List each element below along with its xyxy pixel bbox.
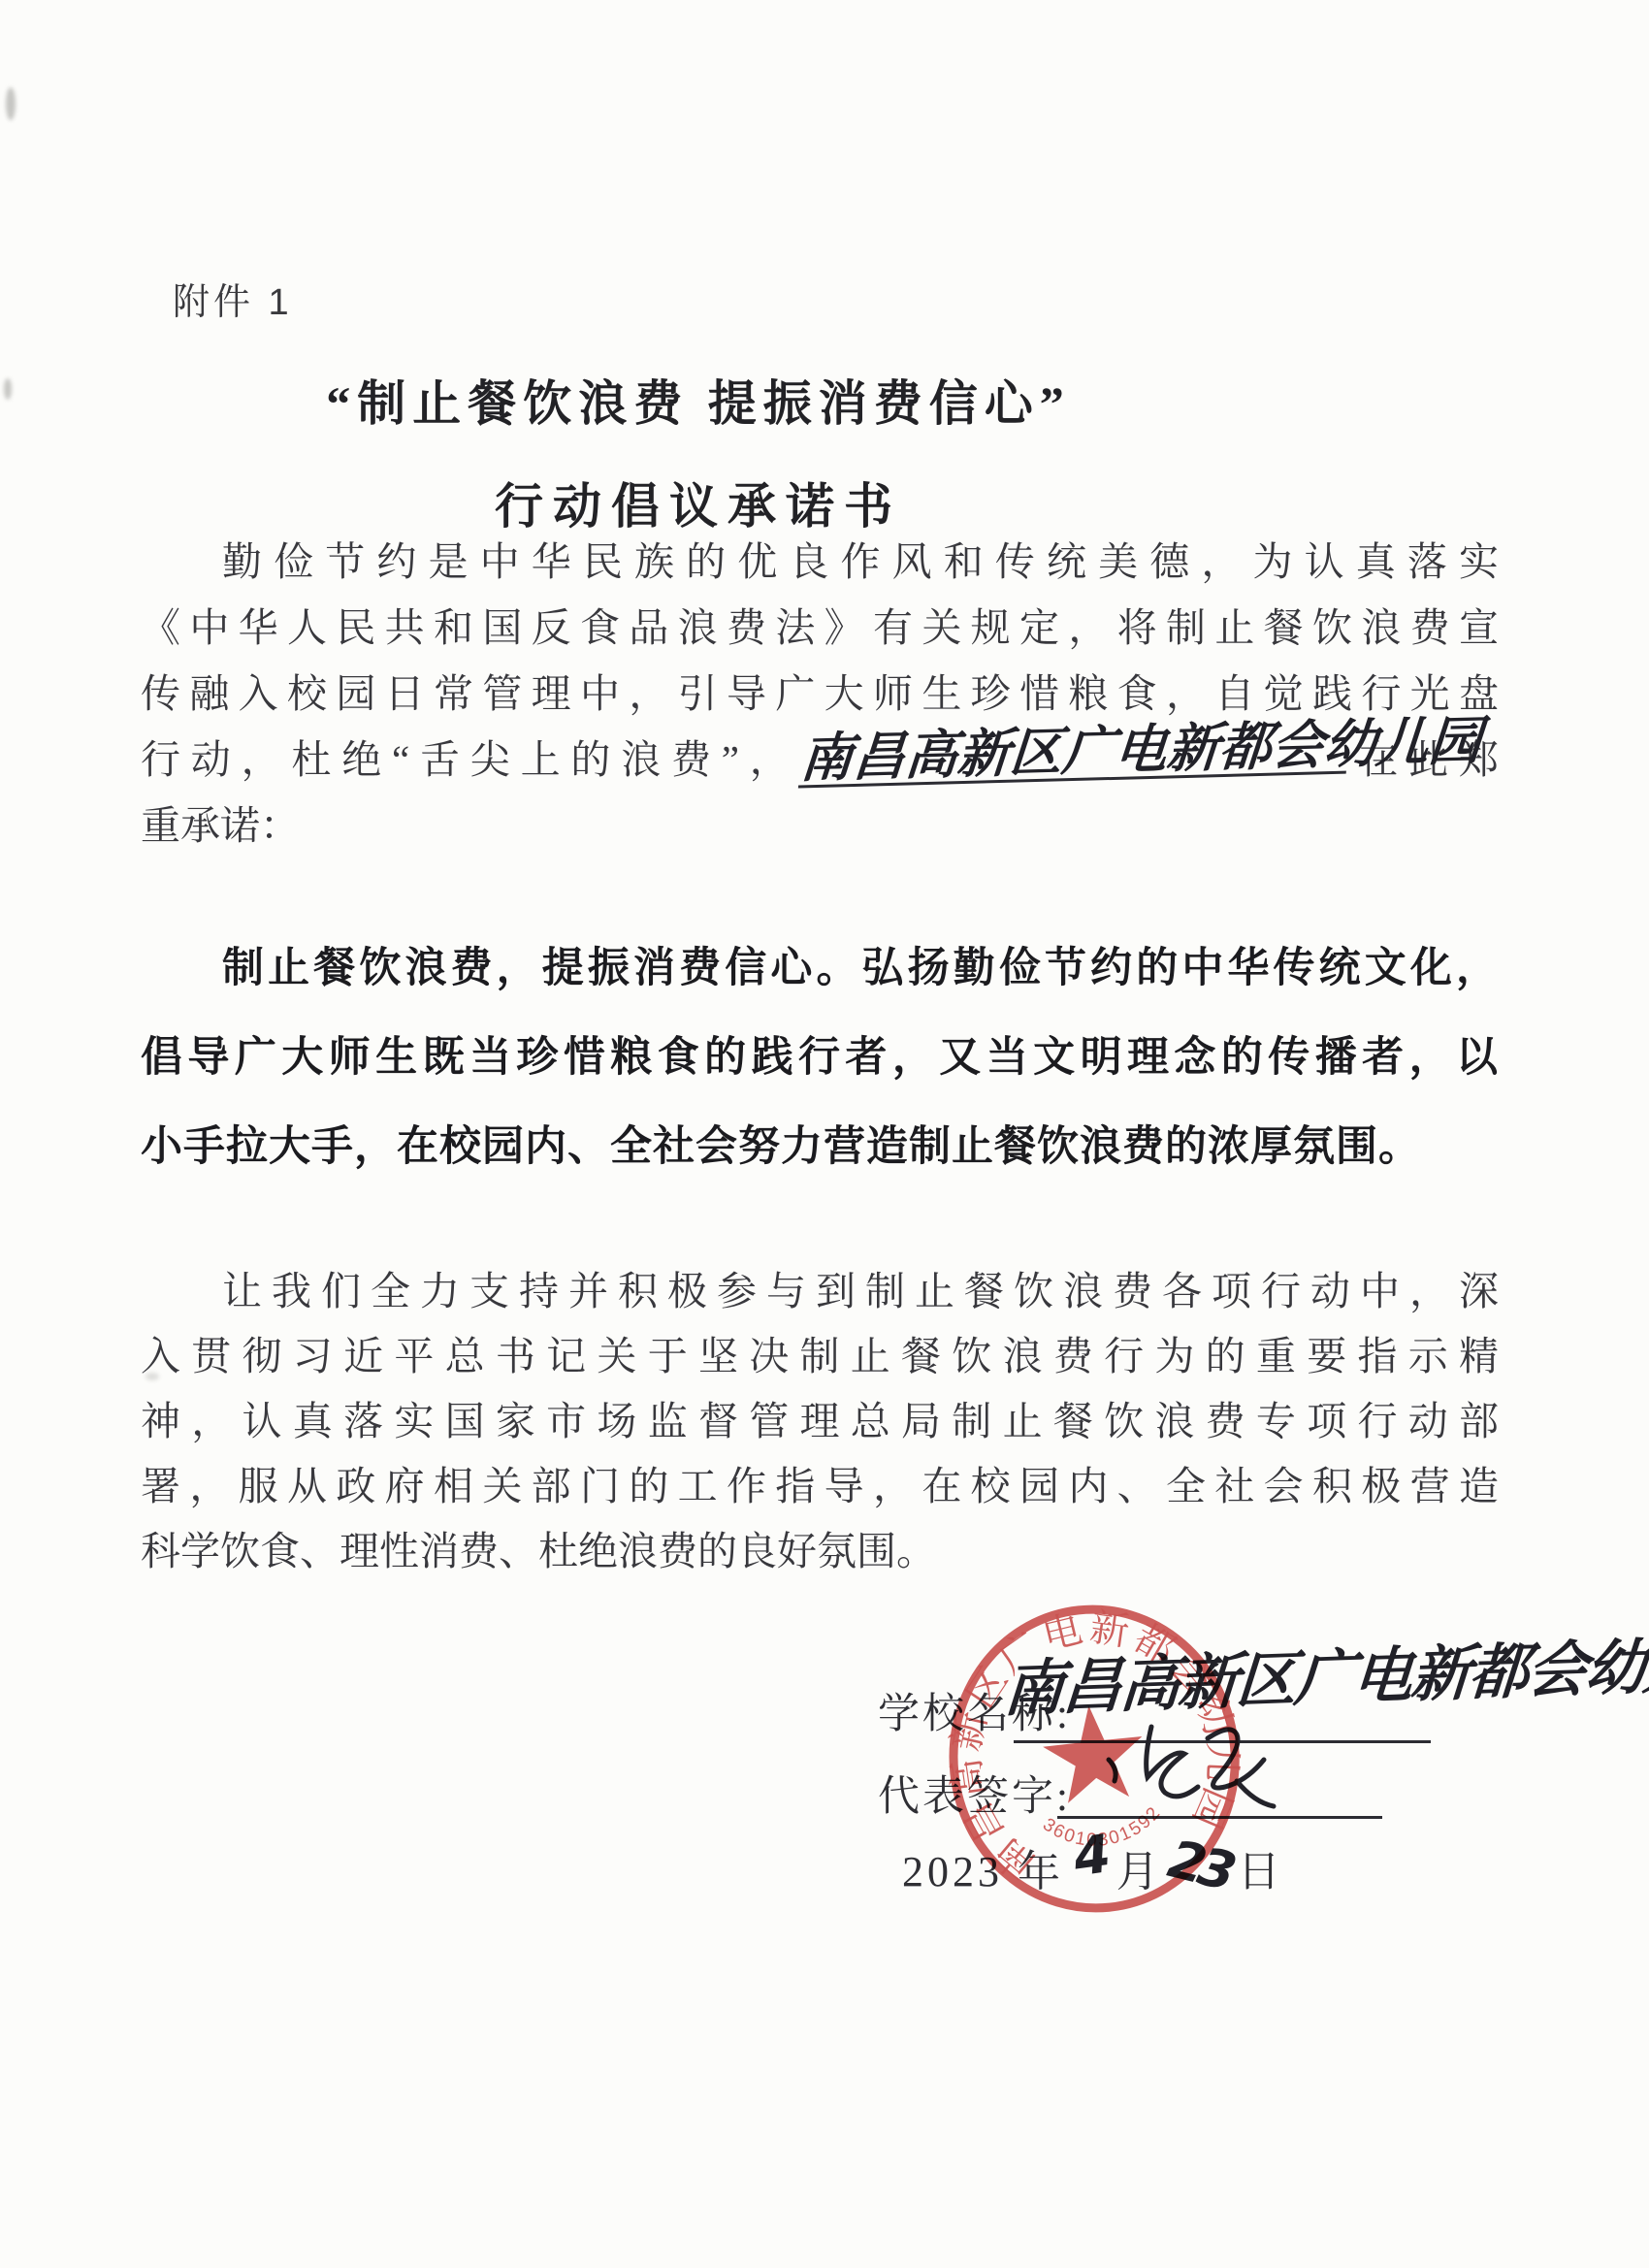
paragraph-3-line: 署，服从政府相关部门的工作指导，在校园内、全社会积极营造	[141, 1454, 1499, 1519]
school-name-handwriting-inline: 南昌高新区广电新都会幼儿园	[797, 719, 1349, 789]
paragraph-3-line: 神，认真落实国家市场监督管理总局制止餐饮浪费专项行动部	[141, 1389, 1499, 1454]
paragraph-1-line: 重承诺：	[141, 793, 1499, 859]
paragraph-3-line: 入贯彻习近平总书记关于坚决制止餐饮浪费行为的重要指示精	[141, 1324, 1499, 1389]
paragraph-1-line-with-blank: 行动，杜绝“舌尖上的浪费”，南昌高新区广电新都会幼儿园在此郑	[141, 727, 1499, 793]
scan-speck	[6, 87, 16, 120]
paragraph-2-line: 小手拉大手，在校园内、全社会努力营造制止餐饮浪费的浓厚氛围。	[141, 1102, 1499, 1191]
paragraph-1-line: 《中华人民共和国反食品浪费法》有关规定，将制止餐饮浪费宣	[141, 595, 1499, 661]
scanned-commitment-letter-page: 附件 1 “制止餐饮浪费 提振消费信心” 行动倡议承诺书 勤俭节约是中华民族的优…	[0, 0, 1649, 2268]
attachment-label: 附件 1	[173, 272, 293, 325]
paragraph-3: 让我们全力支持并积极参与到制止餐饮浪费各项行动中，深 入贯彻习近平总书记关于坚决…	[141, 1259, 1499, 1584]
document-title-line2: 行动倡议承诺书	[0, 468, 1397, 537]
paragraph-1-line: 勤俭节约是中华民族的优良作风和传统美德，为认真落实	[141, 529, 1499, 595]
title-block: “制止餐饮浪费 提振消费信心” 行动倡议承诺书	[0, 365, 1397, 537]
paragraph-2-line: 倡导广大师生既当珍惜粮食的践行者，又当文明理念的传播者，以	[141, 1013, 1499, 1102]
document-title-line1: “制止餐饮浪费 提振消费信心”	[0, 365, 1397, 435]
seal-star-icon	[1039, 1701, 1148, 1805]
paragraph-2-line: 制止餐饮浪费，提振消费信心。弘扬勤俭节约的中华传统文化，	[141, 923, 1499, 1013]
paragraph-2-bold: 制止餐饮浪费，提振消费信心。弘扬勤俭节约的中华传统文化， 倡导广大师生既当珍惜粮…	[141, 923, 1499, 1191]
paragraph-3-line: 让我们全力支持并积极参与到制止餐饮浪费各项行动中，深	[141, 1259, 1499, 1324]
paragraph-1: 勤俭节约是中华民族的优良作风和传统美德，为认真落实 《中华人民共和国反食品浪费法…	[141, 529, 1499, 859]
official-red-seal-stamp: 南昌高新区广电新都会幼儿园 3601030159281	[912, 1567, 1277, 1949]
line4-printed-before: 行动，杜绝“舌尖上的浪费”，	[141, 737, 800, 782]
paragraph-3-line: 科学饮食、理性消费、杜绝浪费的良好氛围。	[141, 1519, 1499, 1584]
